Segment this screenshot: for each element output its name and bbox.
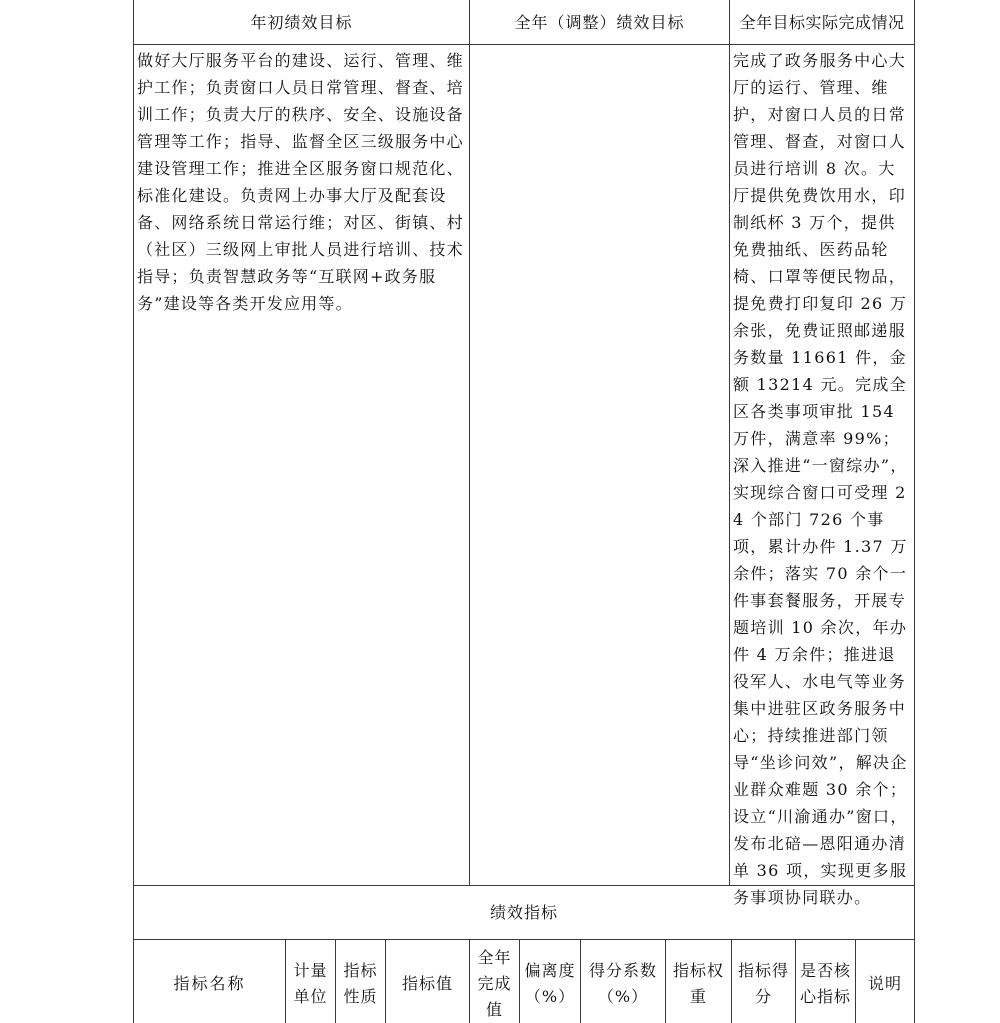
section-title-indicators: 绩效指标	[133, 885, 915, 940]
col-deviation: 偏离度（%）	[519, 939, 581, 1023]
header-initial-goal: 年初绩效目标	[133, 0, 470, 45]
header-adjusted-goal: 全年（调整）绩效目标	[469, 0, 730, 45]
col-target-value: 指标值	[385, 939, 470, 1023]
col-remarks: 说明	[855, 939, 915, 1023]
initial-goal-text: 做好大厅服务平台的建设、运行、管理、维护工作；负责窗口人员日常管理、督查、培训工…	[133, 44, 470, 886]
col-unit: 计量单位	[285, 939, 336, 1023]
header-actual-completion: 全年目标实际完成情况	[729, 0, 915, 45]
col-is-core: 是否核心指标	[795, 939, 856, 1023]
col-score-coefficient: 得分系数（%）	[580, 939, 666, 1023]
col-indicator-name: 指标名称	[133, 939, 286, 1023]
col-annual-completed: 全年完成值	[469, 939, 520, 1023]
col-nature: 指标性质	[335, 939, 386, 1023]
actual-completion-text: 完成了政务服务中心大厅的运行、管理、维护，对窗口人员的日常管理、督查，对窗口人员…	[729, 44, 915, 886]
col-score: 指标得分	[731, 939, 796, 1023]
col-weight: 指标权重	[665, 939, 732, 1023]
adjusted-goal-text	[469, 44, 730, 886]
